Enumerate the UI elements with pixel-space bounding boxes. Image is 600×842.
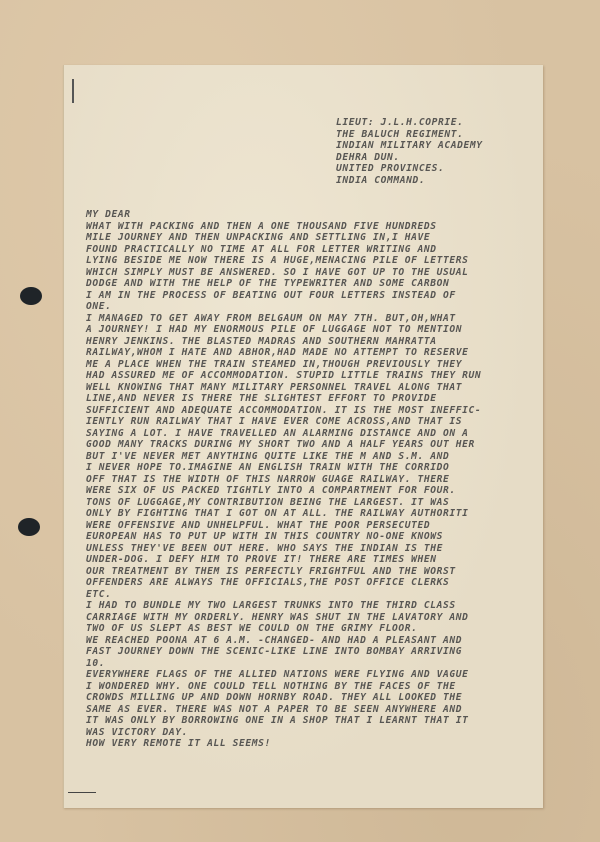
body-line: SAYING A LOT. I HAVE TRAVELLED AN ALARMI…: [86, 428, 481, 440]
address-block: LIEUT: J.L.H.COPRIE.THE BALUCH REGIMENT.…: [336, 117, 483, 186]
salutation: MY DEAR: [86, 209, 481, 221]
body-line: LINE,AND NEVER IS THERE THE SLIGHTEST EF…: [86, 393, 481, 405]
address-line: UNITED PROVINCES.: [336, 163, 483, 175]
punch-hole-top: [20, 287, 42, 305]
address-line: INDIA COMMAND.: [336, 175, 483, 187]
address-line: THE BALUCH REGIMENT.: [336, 129, 483, 141]
address-line: LIEUT: J.L.H.COPRIE.: [336, 117, 483, 129]
body-line: I AM IN THE PROCESS OF BEATING OUT FOUR …: [86, 290, 481, 302]
body-line: GOOD MANY TRACKS DURING MY SHORT TWO AND…: [86, 439, 481, 451]
body-line: CARRIAGE WITH MY ORDERLY. HENRY WAS SHUT…: [86, 612, 481, 624]
margin-mark: [72, 79, 74, 103]
body-line: WHICH SIMPLY MUST BE ANSWERED. SO I HAVE…: [86, 267, 481, 279]
body-line: I WONDERED WHY. ONE COULD TELL NOTHING B…: [86, 681, 481, 693]
body-line: BUT I'VE NEVER MET ANYTHING QUITE LIKE T…: [86, 451, 481, 463]
address-line: INDIAN MILITARY ACADEMY: [336, 140, 483, 152]
body-line: WERE OFFENSIVE AND UNHELPFUL. WHAT THE P…: [86, 520, 481, 532]
punch-hole-bottom: [18, 518, 40, 536]
body-line: FAST JOURNEY DOWN THE SCENIC-LIKE LINE I…: [86, 646, 481, 658]
body-line: CROWDS MILLING UP AND DOWN HORNBY ROAD. …: [86, 692, 481, 704]
body-line: UNDER-DOG. I DEFY HIM TO PROVE IT! THERE…: [86, 554, 481, 566]
body-line: WHAT WITH PACKING AND THEN A ONE THOUSAN…: [86, 221, 481, 233]
body-line: 10.: [86, 658, 481, 670]
body-line: DODGE AND WITH THE HELP OF THE TYPEWRITE…: [86, 278, 481, 290]
body-line: IENTLY RUN RAILWAY THAT I HAVE EVER COME…: [86, 416, 481, 428]
body-line: HENRY JENKINS. THE BLASTED MADRAS AND SO…: [86, 336, 481, 348]
body-line: OFFENDERS ARE ALWAYS THE OFFICIALS,THE P…: [86, 577, 481, 589]
body-line: IT WAS ONLY BY BORROWING ONE IN A SHOP T…: [86, 715, 481, 727]
body-line: WELL KNOWING THAT MANY MILITARY PERSONNE…: [86, 382, 481, 394]
body-line: EVERYWHERE FLAGS OF THE ALLIED NATIONS W…: [86, 669, 481, 681]
body-line: LYING BESIDE ME NOW THERE IS A HUGE,MENA…: [86, 255, 481, 267]
body-line: TWO OF US SLEPT AS BEST WE COULD ON THE …: [86, 623, 481, 635]
body-line: OUR TREATMENT BY THEM IS PERFECTLY FRIGH…: [86, 566, 481, 578]
body-line: EUROPEAN HAS TO PUT UP WITH IN THIS COUN…: [86, 531, 481, 543]
body-line: I HAD TO BUNDLE MY TWO LARGEST TRUNKS IN…: [86, 600, 481, 612]
body-line: TONS OF LUGGAGE,MY CONTRIBUTION BEING TH…: [86, 497, 481, 509]
body-line: SUFFICIENT AND ADEQUATE ACCOMMODATION. I…: [86, 405, 481, 417]
body-line: RAILWAY,WHOM I HATE AND ABHOR,HAD MADE N…: [86, 347, 481, 359]
body-line: I MANAGED TO GET AWAY FROM BELGAUM ON MA…: [86, 313, 481, 325]
letter-page: LIEUT: J.L.H.COPRIE.THE BALUCH REGIMENT.…: [63, 65, 543, 808]
body-line: WE REACHED POONA AT 6 A.M. -CHANGED- AND…: [86, 635, 481, 647]
body-line: A JOURNEY! I HAD MY ENORMOUS PILE OF LUG…: [86, 324, 481, 336]
letter-body: MY DEARWHAT WITH PACKING AND THEN A ONE …: [86, 209, 481, 750]
bottom-rule: [68, 792, 96, 793]
body-line: SAME AS EVER. THERE WAS NOT A PAPER TO B…: [86, 704, 481, 716]
body-line: HAD ASSURED ME OF ACCOMMODATION. STUPID …: [86, 370, 481, 382]
body-line: ONLY BY FIGHTING THAT I GOT ON AT ALL. T…: [86, 508, 481, 520]
body-line: ONE.: [86, 301, 481, 313]
body-line: FOUND PRACTICALLY NO TIME AT ALL FOR LET…: [86, 244, 481, 256]
body-line: HOW VERY REMOTE IT ALL SEEMS!: [86, 738, 481, 750]
body-line: WAS VICTORY DAY.: [86, 727, 481, 739]
body-line: I NEVER HOPE TO.IMAGINE AN ENGLISH TRAIN…: [86, 462, 481, 474]
body-line: UNLESS THEY'VE BEEN OUT HERE. WHO SAYS T…: [86, 543, 481, 555]
body-line: ETC.: [86, 589, 481, 601]
body-line: OFF THAT IS THE WIDTH OF THIS NARROW GUA…: [86, 474, 481, 486]
body-line: WERE SIX OF US PACKED TIGHTLY INTO A COM…: [86, 485, 481, 497]
body-line: ME A PLACE WHEN THE TRAIN STEAMED IN,THO…: [86, 359, 481, 371]
body-line: MILE JOURNEY AND THEN UNPACKING AND SETT…: [86, 232, 481, 244]
address-line: DEHRA DUN.: [336, 152, 483, 164]
